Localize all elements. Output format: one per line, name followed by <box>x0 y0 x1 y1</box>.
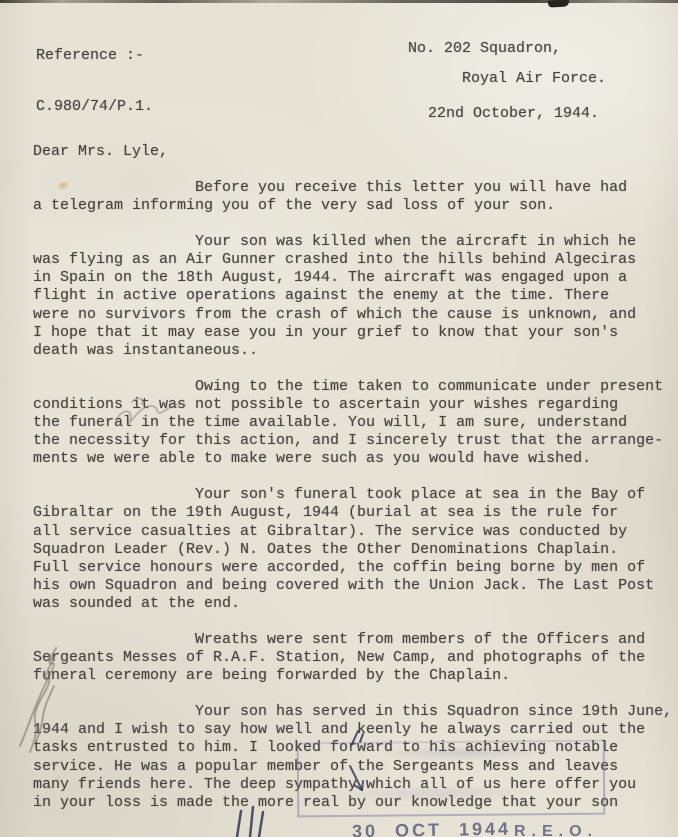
salutation: Dear Mrs. Lyle, <box>33 143 168 160</box>
letter-page: Reference :- C.980/74/P.1. No. 202 Squad… <box>0 0 678 837</box>
squadron-line: No. 202 Squadron, <box>408 40 561 57</box>
paragraph: Wreaths were sent from members of the Of… <box>33 631 669 685</box>
force-line: Royal Air Force. <box>462 70 606 87</box>
date-line: 22nd October, 1944. <box>428 105 599 122</box>
reference-label: Reference :- <box>36 47 153 64</box>
ink-blot <box>548 0 569 8</box>
receipt-stamp-initials: R.E.O. <box>514 823 598 837</box>
receipt-stamp-box <box>297 740 606 818</box>
paragraph: Before you receive this letter you will … <box>33 179 669 215</box>
letter-body: Before you receive this letter you will … <box>33 179 669 830</box>
paragraph: Owing to the time taken to communicate u… <box>33 378 669 468</box>
paragraph: Your son's funeral took place at sea in … <box>33 486 669 613</box>
scan-edge-artifact <box>0 0 678 3</box>
paragraph: Your son was killed when the aircraft in… <box>33 233 669 360</box>
reference-block: Reference :- C.980/74/P.1. <box>36 13 153 149</box>
receipt-stamp-date: 30 OCT 1944 <box>352 819 511 837</box>
reference-number: C.980/74/P.1. <box>36 98 153 115</box>
